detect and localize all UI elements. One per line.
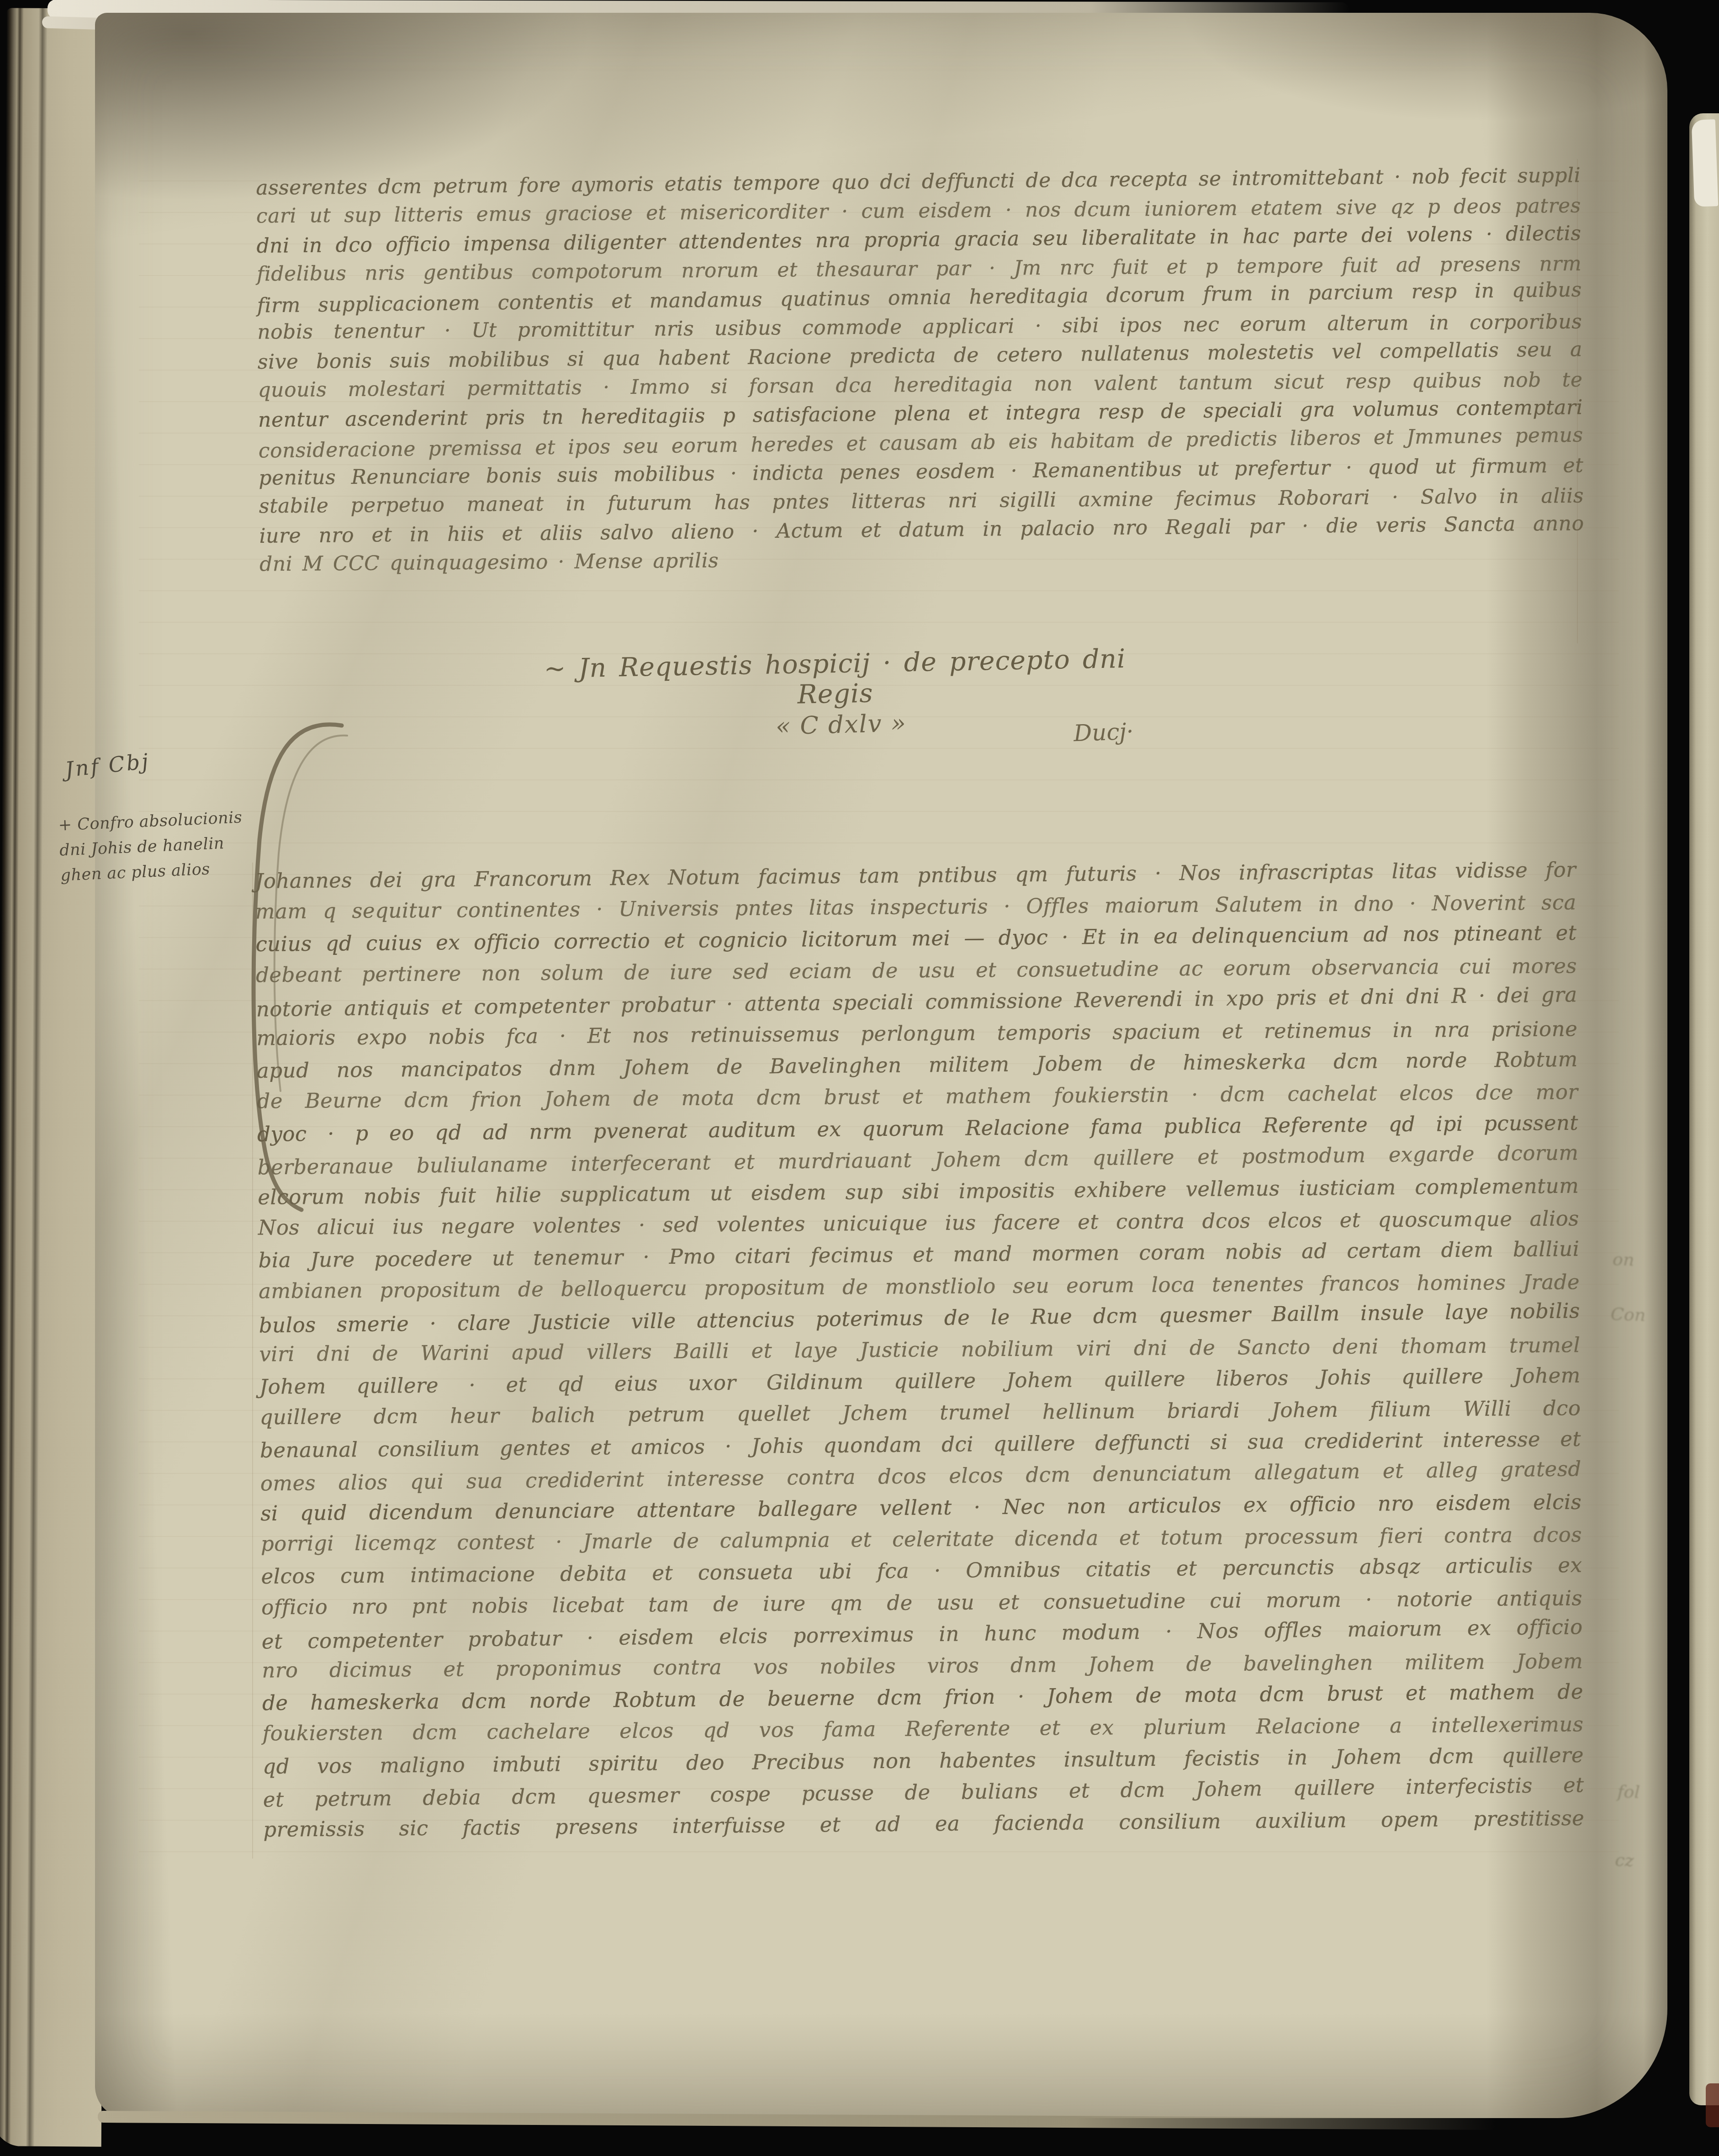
show-through-mark: cz (1614, 1826, 1676, 1896)
upper-text-block: asserentes dcm petrum fore aymoris etati… (256, 161, 1584, 580)
show-through-ink: on Con (1610, 1232, 1673, 1343)
right-underpage-edge (1689, 113, 1719, 2105)
right-page-sliver (1692, 119, 1719, 207)
folio-number: « C dxlv » (775, 709, 907, 740)
manuscript-photo: asserentes dcm petrum fore aymoris etati… (0, 0, 1719, 2156)
quire-mark: Ducj· (1073, 718, 1134, 747)
show-through-mark: Con (1610, 1287, 1671, 1343)
show-through-mark: on (1612, 1232, 1673, 1288)
main-text-block: Johannes dei gra Francorum Rex Notum fac… (255, 854, 1585, 1845)
section-heading: ~ Jn Requestis hospicij · de precepto dn… (506, 643, 1164, 715)
show-through-mark: fol (1616, 1757, 1678, 1828)
binding-red-sliver (1706, 2083, 1719, 2127)
manuscript-page: asserentes dcm petrum fore aymoris etati… (95, 13, 1667, 2118)
show-through-ink: fol cz (1614, 1757, 1678, 1896)
